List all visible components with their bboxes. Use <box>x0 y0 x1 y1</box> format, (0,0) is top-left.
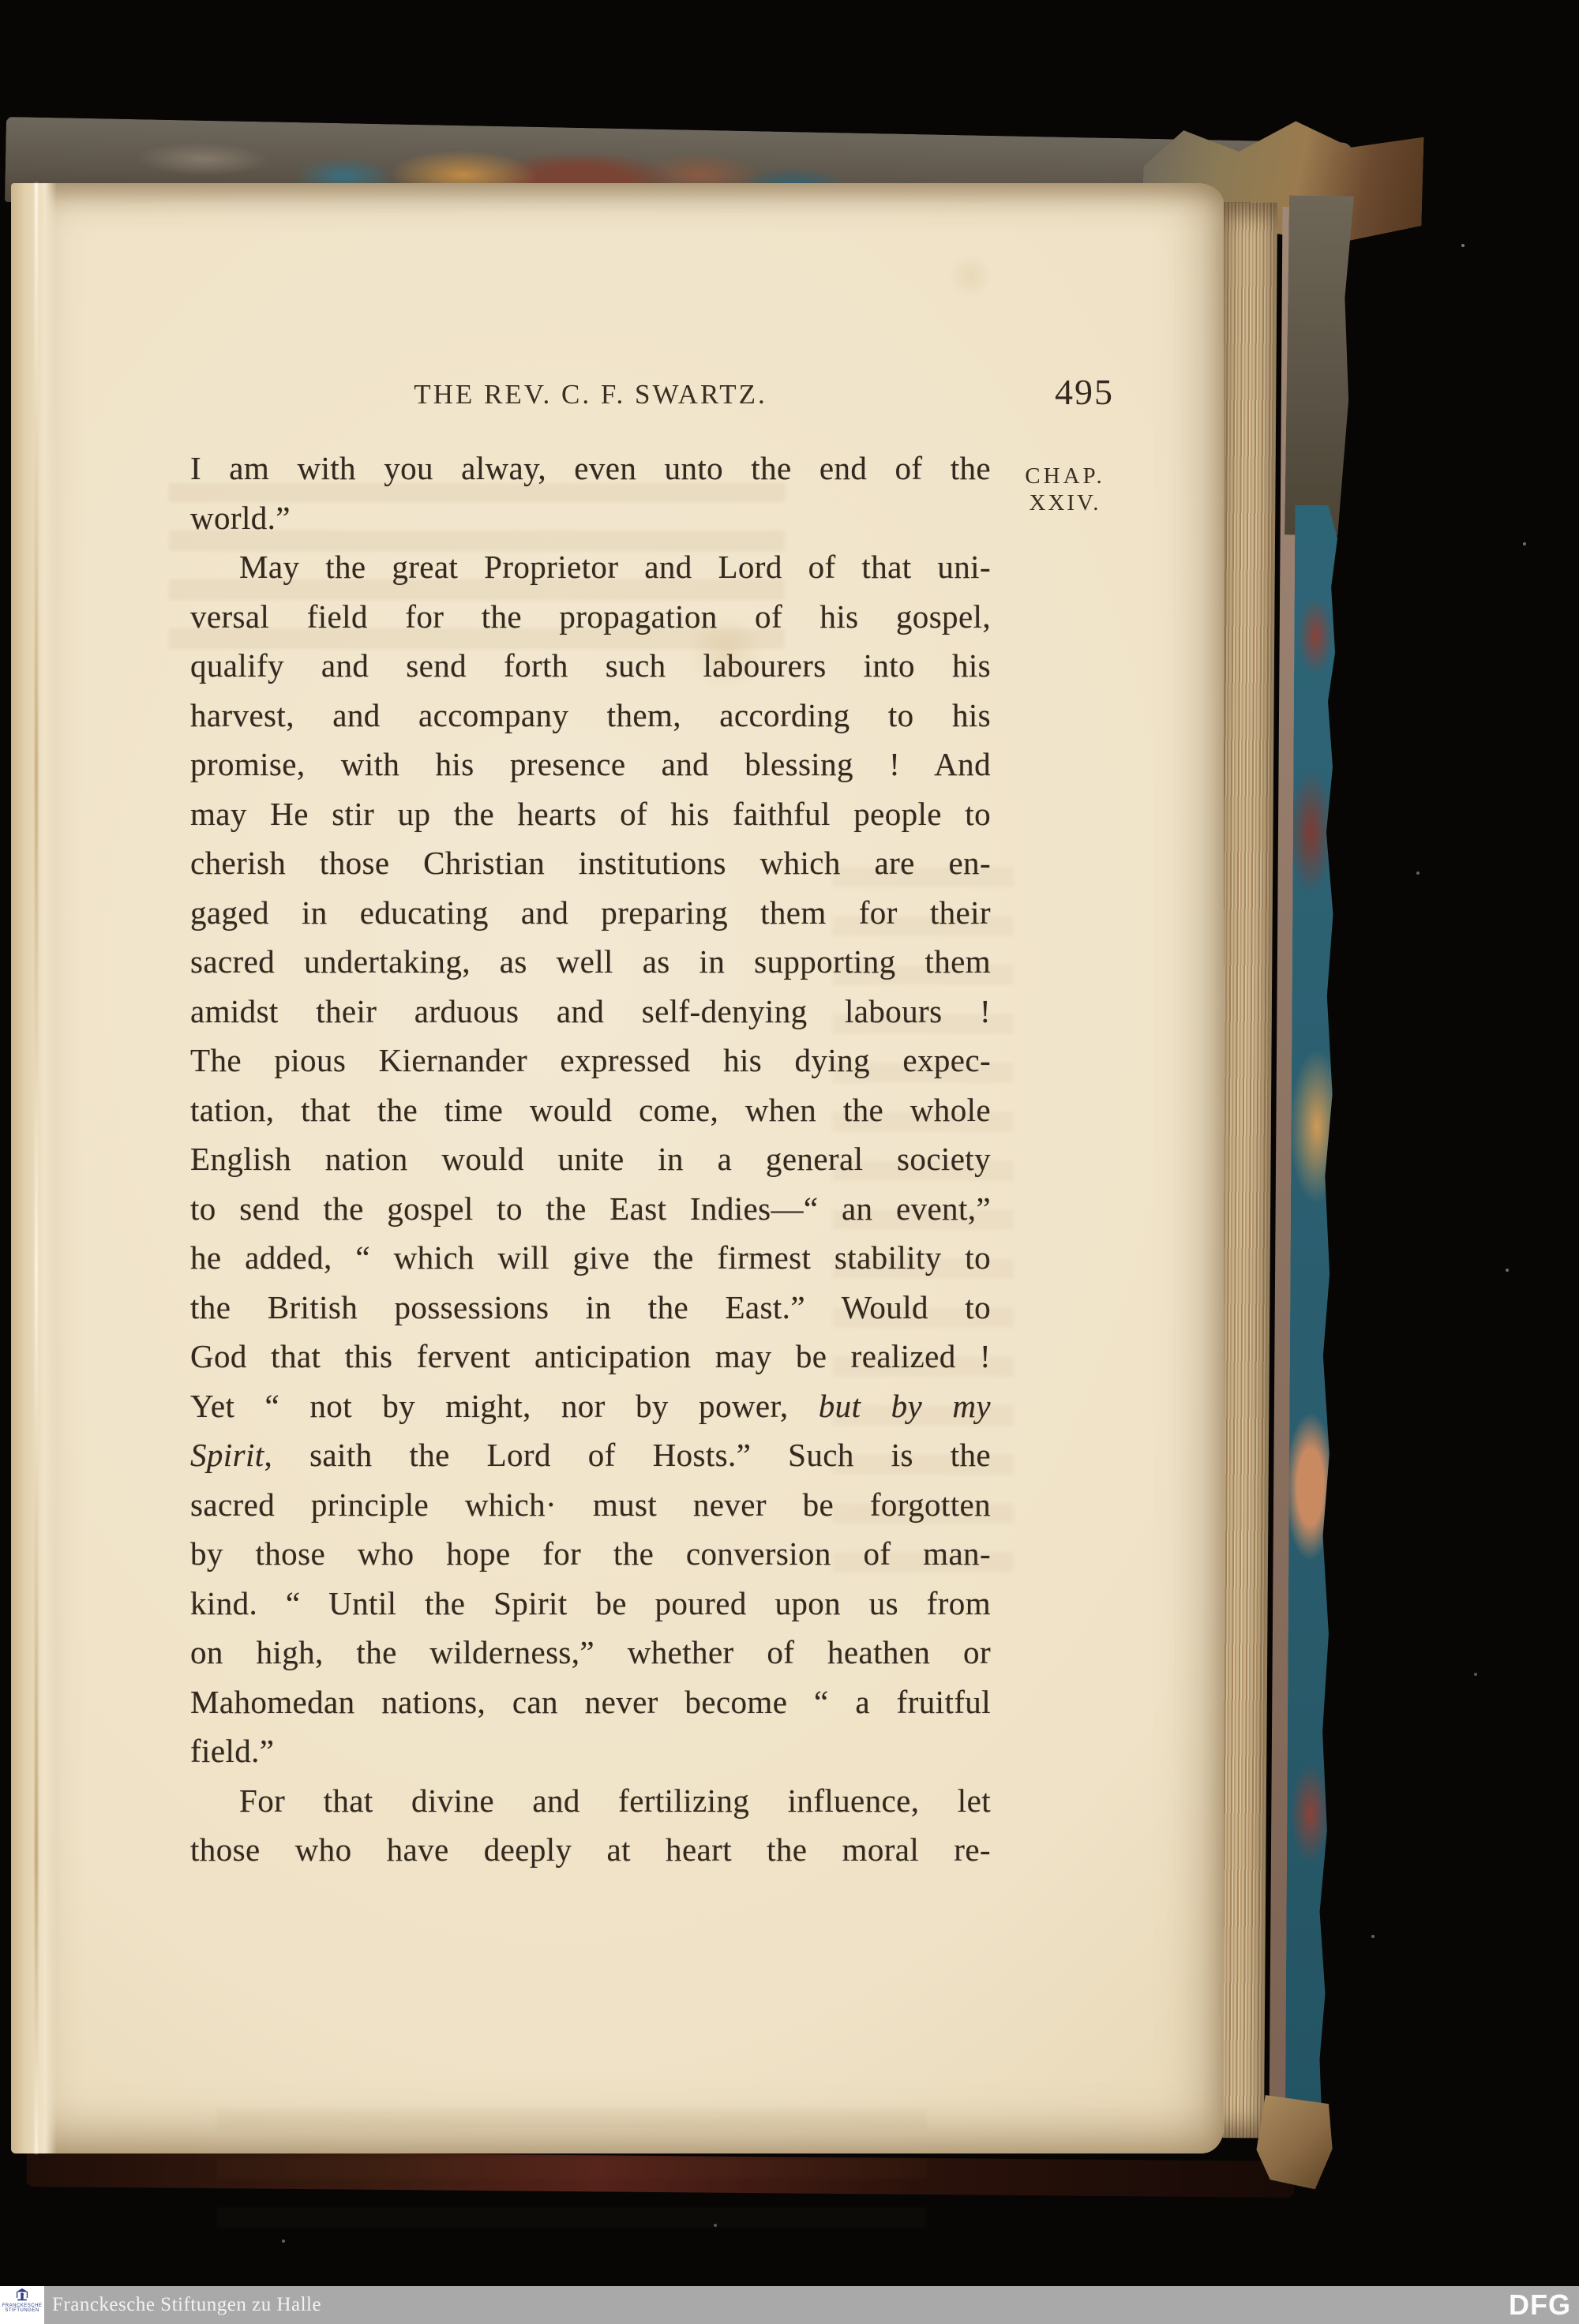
chapter-side-note-line1: CHAP. <box>1006 463 1124 489</box>
body-line: tation, that the time would come, when t… <box>190 1085 991 1135</box>
body-line: field.” <box>190 1726 991 1776</box>
body-text-run: gaged in educating and preparing them fo… <box>190 894 991 931</box>
body-line: The pious Kiernander expressed his dying… <box>190 1036 991 1085</box>
body-text-italic: but by my <box>819 1388 991 1424</box>
body-text-run: qualify and send forth such labourers in… <box>190 647 991 684</box>
body-line: amidst their arduous and self-denying la… <box>190 987 991 1036</box>
body-text-run: promise, with his presence and blessing … <box>190 746 991 782</box>
body-line: For that divine and fertilizing influenc… <box>190 1776 991 1826</box>
body-text-run: world.” <box>190 500 291 536</box>
body-line: he added, “ which will give the firmest … <box>190 1233 991 1283</box>
scanned-book-photo: THE REV. C. F. SWARTZ. 495 CHAP. XXIV. I… <box>0 0 1579 2324</box>
chapter-side-note: CHAP. XXIV. <box>1006 463 1124 516</box>
book-right-board-leather <box>1285 195 1354 535</box>
body-line: those who have deeply at heart the moral… <box>190 1825 991 1875</box>
body-text-run: The pious Kiernander expressed his dying… <box>190 1042 991 1078</box>
body-text-run: sacred principle which· must never be fo… <box>190 1486 991 1523</box>
book-page: THE REV. C. F. SWARTZ. 495 CHAP. XXIV. I… <box>11 183 1224 2153</box>
body-text-run: to send the gospel to the East Indies—“ … <box>190 1190 991 1227</box>
body-line: gaged in educating and preparing them fo… <box>190 888 991 938</box>
body-text-run: amidst their arduous and self-denying la… <box>190 993 991 1029</box>
body-line: harvest, and accompany them, according t… <box>190 691 991 740</box>
body-line: Mahomedan nations, can never become “ a … <box>190 1677 991 1727</box>
library-emblem-icon <box>14 2288 30 2303</box>
body-line: by those who hope for the conversion of … <box>190 1529 991 1579</box>
page-gutter-shading <box>11 183 57 2153</box>
body-text-run: may He stir up the hearts of his faithfu… <box>190 796 991 832</box>
body-line: May the great Proprietor and Lord of tha… <box>190 542 991 592</box>
chapter-side-note-line2: XXIV. <box>1006 489 1124 516</box>
body-line: promise, with his presence and blessing … <box>190 740 991 789</box>
body-text-run: , saith the Lord of Hosts.” Such is the <box>264 1437 991 1473</box>
body-line: may He stir up the hearts of his faithfu… <box>190 789 991 839</box>
body-line: cherish those Christian institutions whi… <box>190 838 991 888</box>
body-text-run: May the great Proprietor and Lord of tha… <box>239 549 991 585</box>
body-line: I am with you alway, even unto the end o… <box>190 444 991 493</box>
body-text-run: I am with you alway, even unto the end o… <box>190 450 991 486</box>
body-text-run: by those who hope for the conversion of … <box>190 1535 991 1572</box>
body-text-run: versal field for the propagation of his … <box>190 598 991 635</box>
body-text-italic: Spirit <box>190 1437 264 1473</box>
body-text-run: the British possessions in the East.” Wo… <box>190 1289 991 1325</box>
body-line: qualify and send forth such labourers in… <box>190 641 991 691</box>
body-line: versal field for the propagation of his … <box>190 592 991 642</box>
body-text-run: kind. “ Until the Spirit be poured upon … <box>190 1585 991 1621</box>
dust-specks <box>0 0 2 2</box>
body-text-run: Yet “ not by might, nor by power, <box>190 1388 819 1424</box>
body-line: world.” <box>190 493 991 543</box>
body-text-run: God that this fervent anticipation may b… <box>190 1338 991 1374</box>
body-line: English nation would unite in a general … <box>190 1134 991 1184</box>
body-line: kind. “ Until the Spirit be poured upon … <box>190 1579 991 1629</box>
digitization-footer-bar: FRANCKESCHE STIFTUNGEN Franckesche Stift… <box>0 2286 1579 2324</box>
body-line: sacred principle which· must never be fo… <box>190 1480 991 1530</box>
dfg-logo: DFG <box>1509 2286 1571 2324</box>
body-text: I am with you alway, even unto the end o… <box>190 444 991 1875</box>
body-line: sacred undertaking, as well as in suppor… <box>190 937 991 987</box>
body-text-run: cherish those Christian institutions whi… <box>190 845 991 881</box>
body-line: Spirit, saith the Lord of Hosts.” Such i… <box>190 1430 991 1480</box>
body-text-run: harvest, and accompany them, according t… <box>190 697 991 733</box>
body-line: Yet “ not by might, nor by power, but by… <box>190 1381 991 1431</box>
body-text-run: Mahomedan nations, can never become “ a … <box>190 1684 991 1720</box>
body-text-run: on high, the wilderness,” whether of hea… <box>190 1634 991 1670</box>
library-name-label: Franckesche Stiftungen zu Halle <box>52 2286 321 2324</box>
body-line: the British possessions in the East.” Wo… <box>190 1283 991 1333</box>
library-logo-caption-line2: STIFTUNGEN <box>5 2308 39 2313</box>
body-text-run: English nation would unite in a general … <box>190 1141 991 1177</box>
page-number: 495 <box>1055 371 1150 413</box>
body-text-run: tation, that the time would come, when t… <box>190 1092 991 1128</box>
body-line: God that this fervent anticipation may b… <box>190 1332 991 1381</box>
show-through-smudge <box>216 2101 927 2228</box>
body-text-run: sacred undertaking, as well as in suppor… <box>190 943 991 980</box>
page-gutter-crease <box>35 183 38 2153</box>
body-text-run: he added, “ which will give the firmest … <box>190 1239 991 1276</box>
body-text-run: field.” <box>190 1733 274 1769</box>
body-line: on high, the wilderness,” whether of hea… <box>190 1628 991 1677</box>
body-line: to send the gospel to the East Indies—“ … <box>190 1184 991 1234</box>
body-text-run: For that divine and fertilizing influenc… <box>239 1782 991 1819</box>
library-logo: FRANCKESCHE STIFTUNGEN <box>0 2286 44 2324</box>
body-text-run: those who have deeply at heart the moral… <box>190 1831 991 1868</box>
running-header: THE REV. C. F. SWARTZ. <box>190 379 991 410</box>
